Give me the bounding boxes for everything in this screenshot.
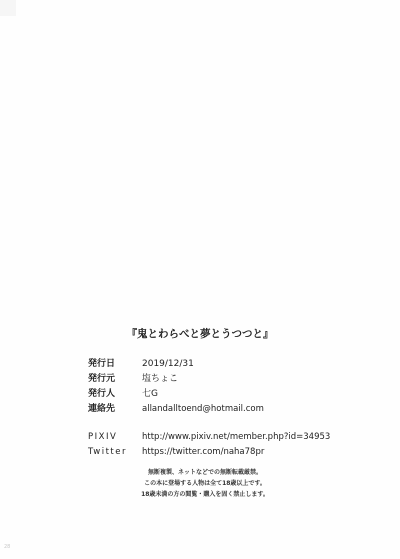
- label-pixiv: PIXIV: [88, 430, 140, 444]
- legal-notice: 無断複製、ネットなどでの無断転載厳禁。 この本に登場する人物は全て18歳以上です…: [0, 467, 400, 500]
- colophon-page: 『鬼とわらべと夢とうつつと』 発行日 2019/12/31 発行元 塩ちょこ 発…: [0, 0, 400, 559]
- row-publisher: 発行元 塩ちょこ: [88, 372, 378, 386]
- book-title: 『鬼とわらべと夢とうつつと』: [0, 326, 400, 341]
- label-publish-date: 発行日: [88, 357, 140, 371]
- link-twitter[interactable]: https://twitter.com/naha78pr: [142, 445, 264, 459]
- label-contact: 連絡先: [88, 402, 140, 416]
- value-issuer: 七G: [142, 387, 158, 401]
- row-publish-date: 発行日 2019/12/31: [88, 357, 378, 371]
- label-publisher: 発行元: [88, 372, 140, 386]
- scan-corner-mark: [0, 0, 16, 16]
- row-pixiv: PIXIV http://www.pixiv.net/member.php?id…: [88, 430, 378, 444]
- value-publish-date: 2019/12/31: [142, 357, 194, 371]
- row-contact: 連絡先 allandalltoend@hotmail.com: [88, 402, 378, 416]
- notice-line-1: 無断複製、ネットなどでの無断転載厳禁。: [0, 467, 400, 478]
- notice-line-3: 18歳未満の方の閲覧・購入を固く禁止します。: [0, 489, 400, 500]
- row-twitter: Twitter https://twitter.com/naha78pr: [88, 445, 378, 459]
- link-pixiv[interactable]: http://www.pixiv.net/member.php?id=34953: [142, 430, 330, 444]
- label-issuer: 発行人: [88, 387, 140, 401]
- row-issuer: 発行人 七G: [88, 387, 378, 401]
- label-twitter: Twitter: [88, 445, 140, 459]
- notice-line-2: この本に登場する人物は全て18歳以上です。: [0, 478, 400, 489]
- value-publisher: 塩ちょこ: [142, 372, 178, 386]
- value-contact-email[interactable]: allandalltoend@hotmail.com: [142, 402, 264, 416]
- page-number: 28: [4, 544, 10, 550]
